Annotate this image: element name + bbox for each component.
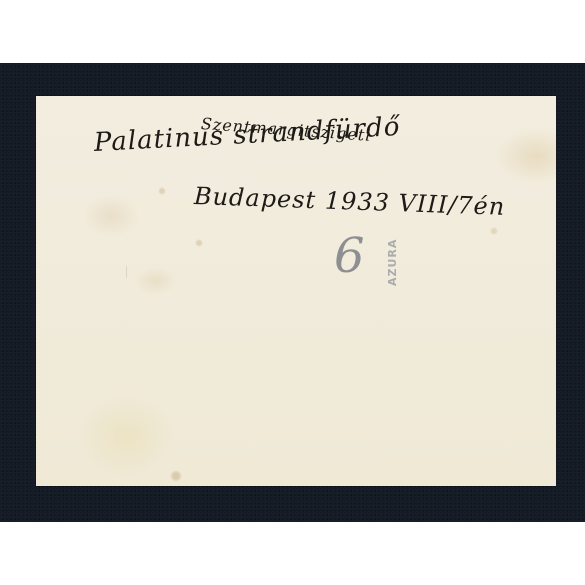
handwritten-date-line: Budapest 1933 VIII/7én	[194, 182, 506, 221]
studio-stamp: AZURA	[386, 239, 399, 286]
photo-card-back: Szentmargitszigeti Palatinus strandfürdő…	[36, 96, 556, 486]
image-stage: Szentmargitszigeti Palatinus strandfürdő…	[0, 0, 585, 585]
faint-mark	[126, 266, 131, 278]
pencil-number-mark: 6	[334, 228, 365, 284]
